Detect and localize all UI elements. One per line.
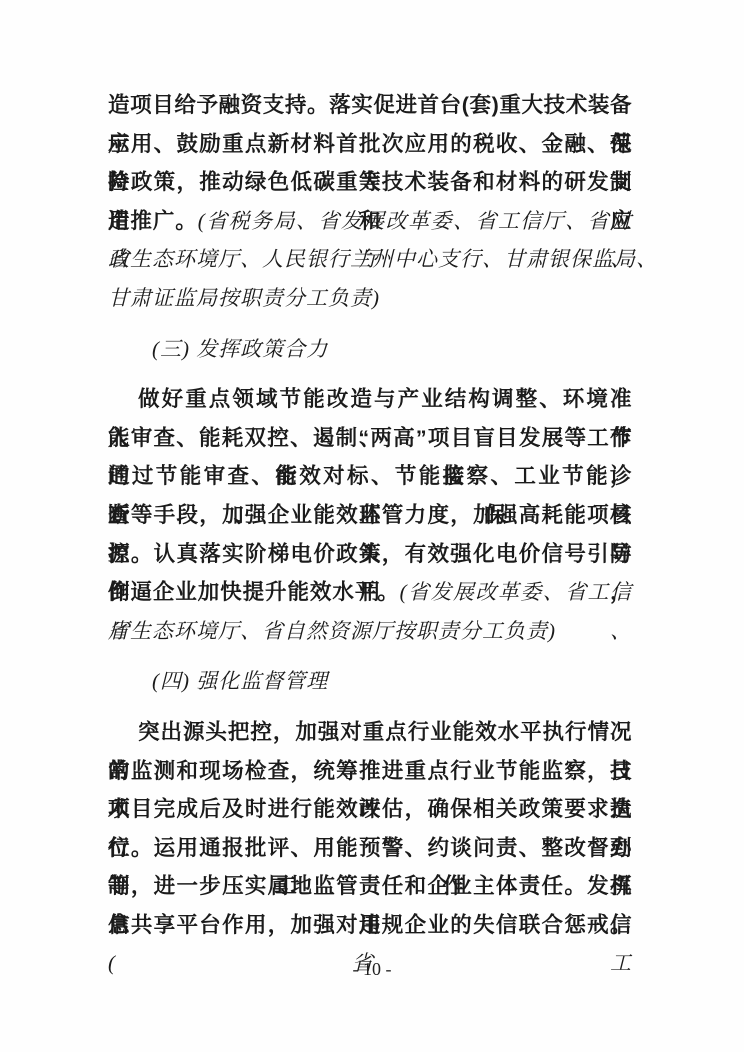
text-segment-hei: 用推广。 [108,209,198,233]
page-number: - 10 - [0,955,744,983]
section-heading: (三) 发挥政策合力 [108,330,632,369]
text-line: 项目完成后及时进行能效评估，确保相关政策要求执行到 [108,790,632,829]
document-page: 造项目给予融资支持。落实促进首台(套)重大技术装备示范应用、鼓励重点新材料首批次… [0,0,744,1052]
text-line: 持政策，推动绿色低碳重大技术装备和材料的研发制造和应 [108,163,632,202]
text-line: 造项目给予融资支持。落实促进首台(套)重大技术装备示范 [108,86,632,125]
text-segment-hei: 倒逼企业加快提升能效水平。 [108,580,400,604]
text-line: 用推广。(省税务局、省发展改革委、省工信厅、省财政厅、 [108,202,632,241]
text-segment-kai: 省生态环境厅、人民银行兰州中心支行、甘肃银保监局、 [108,247,658,271]
text-line: 查等手段，加强企业能效监管力度，加强高耗能项目源头防 [108,496,632,535]
text-segment-kai: 省生态环境厅、省自然资源厅按职责分工负责) [108,619,556,643]
document-body: 造项目给予融资支持。落实促进首台(套)重大技术装备示范应用、鼓励重点新材料首批次… [108,86,632,944]
text-segment-kai: (三) 发挥政策合力 [152,337,328,361]
text-segment-kai: 甘肃证监局按职责分工负责) [108,286,380,310]
text-line: 倒逼企业加快提升能效水平。(省发展改革委、省工信厅、 [108,573,632,612]
text-line: 位。运用通报批评、用能预警、约谈问责、整改督办等工作机 [108,829,632,868]
text-line: 息共享平台作用，加强对违规企业的失信联合惩戒。(省工 [108,906,632,945]
text-line: 省生态环境厅、人民银行兰州中心支行、甘肃银保监局、 [108,240,632,279]
text-line: 省生态环境厅、省自然资源厅按职责分工负责) [108,612,632,651]
text-line: 常监测和现场检查，统筹推进重点行业节能监察，技术改造 [108,752,632,791]
text-segment-hei: 息共享平台作用，加强对违规企业的失信联合惩戒。 [108,913,632,937]
text-line: 做好重点领域节能改造与产业结构调整、环境准入、节 [108,380,632,419]
text-line: 应用、鼓励重点新材料首批次应用的税收、金融、保险等支 [108,125,632,164]
text-line: 制，进一步压实属地监管责任和企业主体责任。发挥信用信 [108,867,632,906]
text-line: 控。认真落实阶梯电价政策，有效强化电价信号引导作用， [108,535,632,574]
section-heading: (四) 强化监督管理 [108,662,632,701]
text-segment-kai: (四) 强化监督管理 [152,669,328,693]
text-line: 甘肃证监局按职责分工负责) [108,279,632,318]
text-line: 突出源头把控，加强对重点行业能效水平执行情况的日 [108,713,632,752]
text-line: 通过节能审查、能效对标、节能监察、工业节能诊断、环保核 [108,457,632,496]
text-line: 能审查、能耗双控、遏制“两高”项目盲目发展等工作的衔接， [108,419,632,458]
